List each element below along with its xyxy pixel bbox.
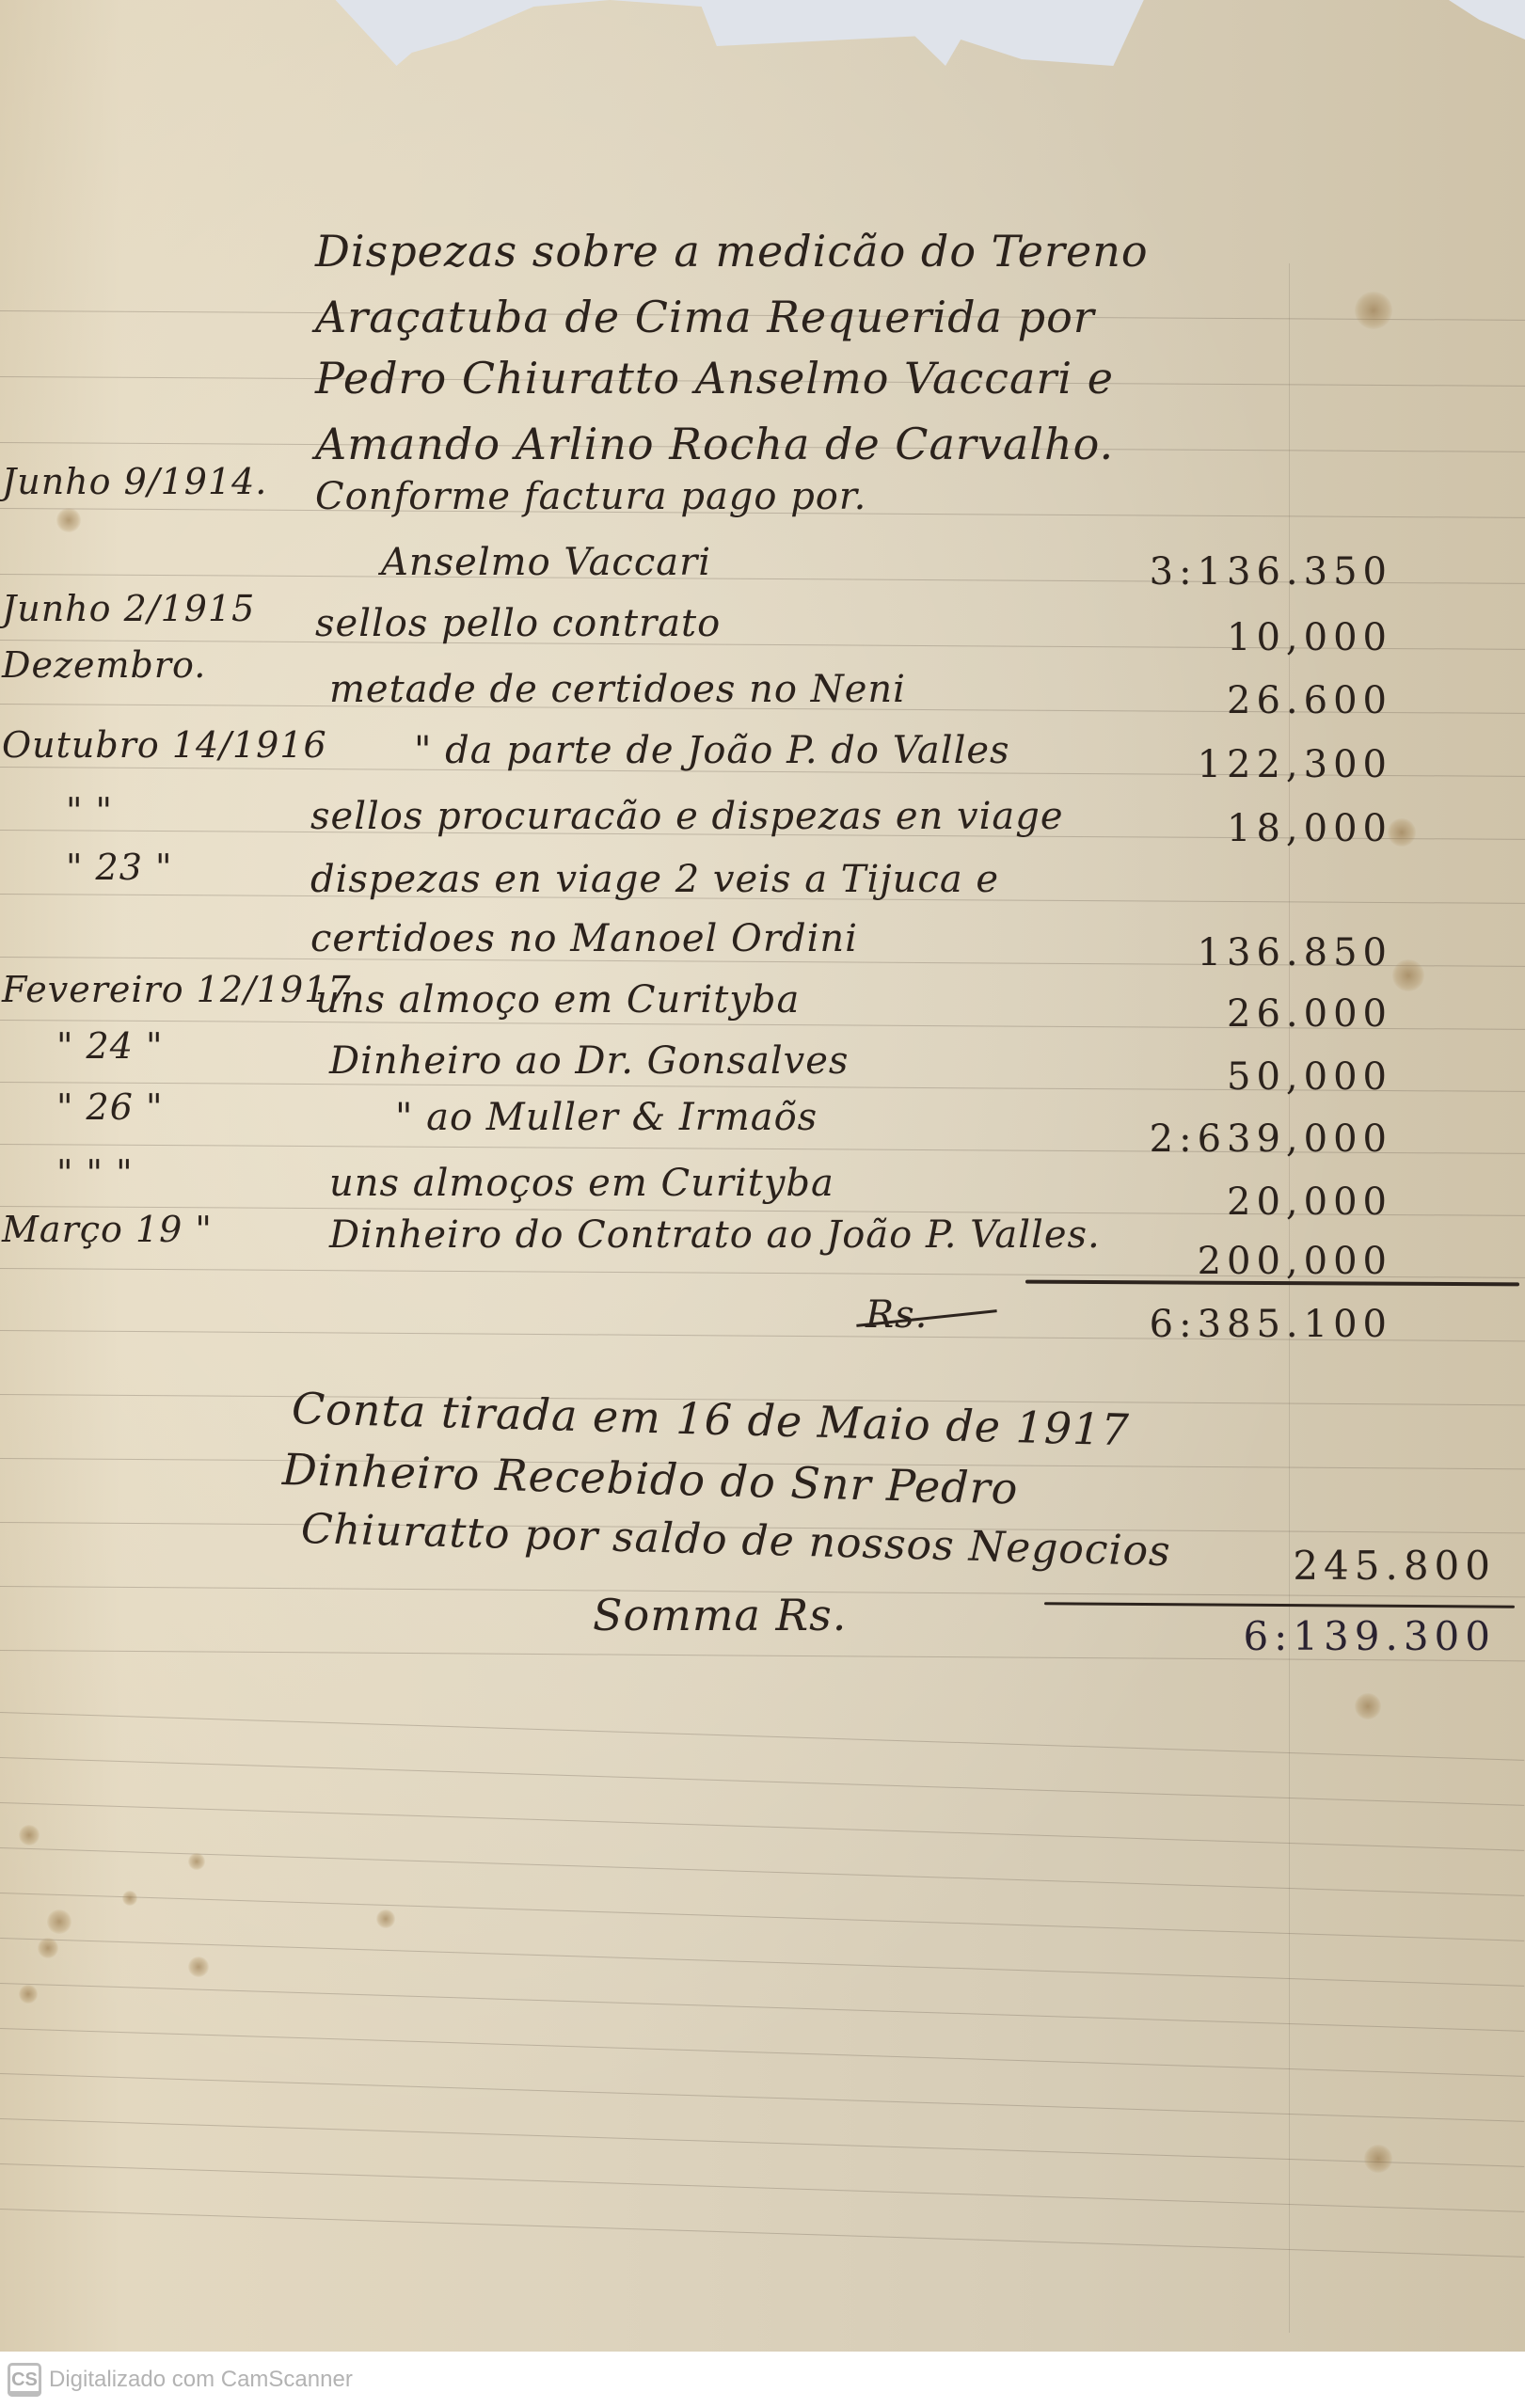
entry-amount: 3:136.350 (1110, 550, 1392, 594)
entry-date: Março 19 " (2, 1209, 213, 1250)
subtotal-label: Rs. (866, 1293, 928, 1337)
ruled-line (0, 1847, 1524, 1896)
stain (19, 1825, 40, 1846)
ruled-line (0, 1983, 1524, 2032)
entry-date: Junho 9/1914. (2, 461, 267, 502)
title-line: Amando Arlino Rocha de Carvalho. (315, 419, 1114, 469)
entry-date: Dezembro. (2, 644, 206, 686)
received-amount: 245.800 (1223, 1543, 1496, 1589)
closing-line: Conta tirada em 16 de Maio de 1917 (291, 1383, 1130, 1455)
entry-amount: 2:639,000 (1110, 1117, 1392, 1161)
stain (1364, 2145, 1392, 2173)
stain (188, 1956, 209, 1977)
ruled-line (0, 1938, 1524, 1987)
torn-paper-edge (0, 0, 1525, 66)
final-total-label: Somma Rs. (593, 1590, 847, 1640)
entry-date: " 23 " (66, 847, 172, 888)
closing-line: Chiuratto por saldo de nossos Negocios (300, 1505, 1171, 1576)
entry-amount: 20,000 (1110, 1180, 1392, 1224)
stain (1392, 959, 1424, 991)
entry-date: Fevereiro 12/1917 (2, 969, 352, 1010)
entry-description: Anselmo Vaccari (381, 541, 711, 584)
subtotal-amount: 6:385.100 (1110, 1303, 1392, 1346)
stain (1355, 1693, 1381, 1719)
stain (19, 1985, 38, 2004)
entry-description: uns almoços em Curityba (329, 1162, 834, 1205)
entry-amount: 122,300 (1110, 743, 1392, 786)
scanner-footer: CS Digitalizado com CamScanner (0, 2352, 1525, 2408)
stain (56, 508, 81, 532)
ruled-line (0, 1757, 1524, 1806)
sum-underline (1025, 1280, 1519, 1287)
entry-date: Junho 2/1915 (2, 588, 255, 629)
title-line: Pedro Chiuratto Anselmo Vaccari e (315, 353, 1114, 404)
stain (122, 1891, 137, 1906)
entry-date: Outubro 14/1916 (2, 724, 327, 766)
title-line: Araçatuba de Cima Requerida por (315, 292, 1095, 342)
final-sum-underline (1044, 1602, 1515, 1608)
stain (47, 1909, 71, 1934)
final-total-amount: 6:139.300 (1214, 1613, 1496, 1659)
entry-amount: 50,000 (1110, 1055, 1392, 1099)
ruled-line (0, 1802, 1524, 1851)
entry-description: metade de certidoes no Neni (329, 668, 906, 711)
ruled-line (0, 2073, 1524, 2122)
ruled-line (0, 2118, 1524, 2167)
ruled-line (0, 2209, 1524, 2257)
scanned-page: Dispezas sobre a medicão do Tereno Araça… (0, 0, 1525, 2352)
ruled-line (0, 2028, 1524, 2077)
entry-amount: 26.600 (1110, 679, 1392, 722)
ruled-line (0, 1712, 1524, 1761)
entry-description: sellos procuracão e dispezas en viage (310, 795, 1064, 838)
stain (38, 1938, 58, 1958)
entry-description: " da parte de João P. do Valles (414, 729, 1010, 772)
entry-description: Dinheiro do Contrato ao João P. Valles. (329, 1213, 1101, 1257)
scanner-watermark-text: Digitalizado com CamScanner (49, 2367, 353, 2393)
entry-description: sellos pello contrato (315, 602, 721, 645)
entry-date: " 26 " (56, 1086, 163, 1128)
ruled-line (0, 1893, 1524, 1941)
entry-amount: 200,000 (1110, 1240, 1392, 1283)
entry-amount: 136.850 (1110, 931, 1392, 974)
entry-description: dispezas en viage 2 veis a Tijuca e (310, 858, 999, 901)
stain (376, 1909, 395, 1928)
entry-date: " " (66, 790, 113, 832)
entry-description: Conforme factura pago por. (315, 475, 866, 518)
entry-description: certidoes no Manoel Ordini (310, 917, 858, 960)
entry-amount: 10,000 (1110, 616, 1392, 659)
entry-description: " ao Muller & Irmaõs (395, 1096, 818, 1139)
stain (188, 1853, 205, 1870)
closing-line: Dinheiro Recebido do Snr Pedro (281, 1444, 1019, 1513)
entry-description: uns almoço em Curityba (315, 978, 800, 1022)
stain (1355, 292, 1392, 329)
title-line: Dispezas sobre a medicão do Tereno (315, 226, 1149, 277)
entry-amount: 26.000 (1110, 992, 1392, 1036)
entry-date: " 24 " (56, 1025, 163, 1067)
entry-date: " " " (56, 1152, 134, 1194)
camscanner-logo-icon: CS (8, 2363, 41, 2397)
entry-amount: 18,000 (1110, 807, 1392, 850)
entry-description: Dinheiro ao Dr. Gonsalves (329, 1039, 849, 1083)
ruled-line (0, 2163, 1524, 2212)
